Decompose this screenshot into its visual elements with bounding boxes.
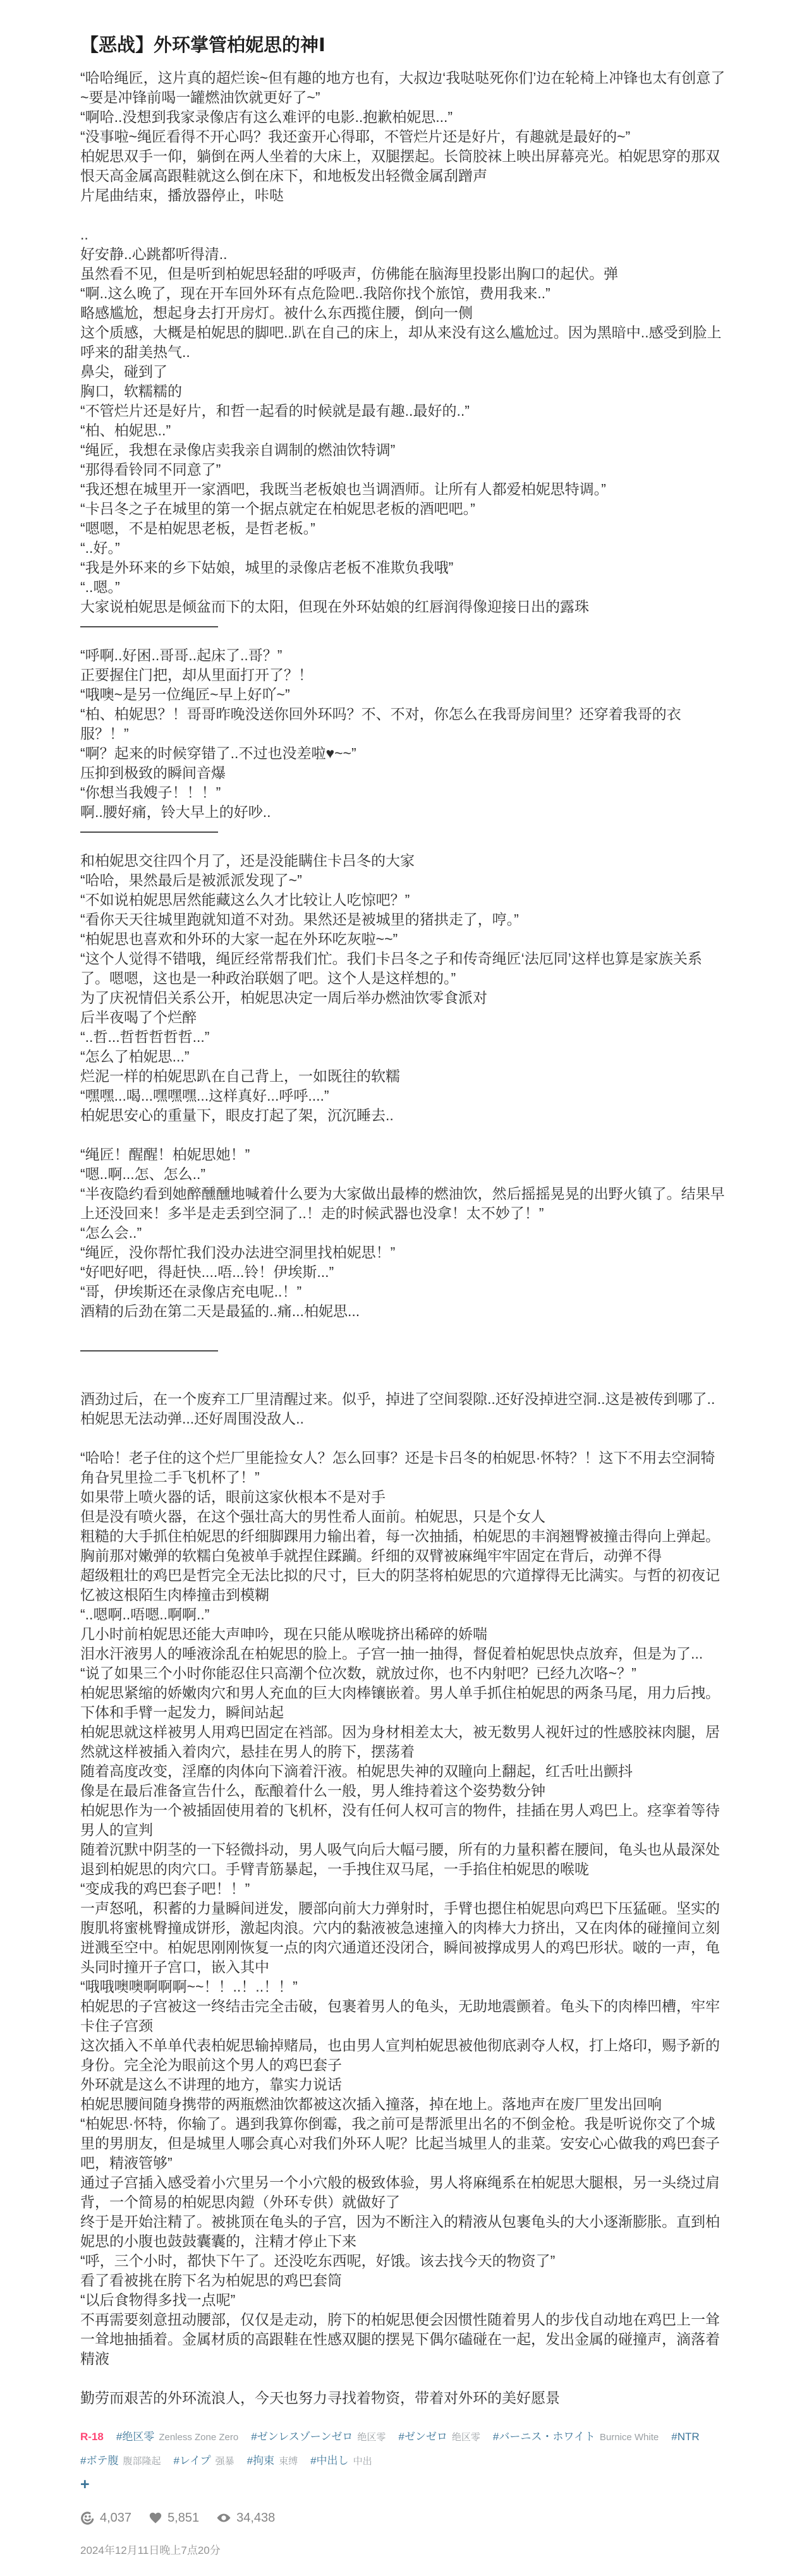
blank-line (80, 1321, 729, 1341)
story-paragraph: 通过子宫插入感受着小穴里另一个小穴般的极致体验，男人将麻绳系在柏妮思大腿根，另一… (80, 2173, 729, 2212)
like-count-stat[interactable]: 4,037 (80, 2511, 131, 2525)
story-paragraph: “没事啦~绳匠看得不开心吗？我还蛮开心得耶，不管烂片还是好片，有趣就是最好的~” (80, 127, 729, 147)
story-paragraph: 和柏妮思交往四个月了，还是没能瞒住卡吕冬的大家 (80, 851, 729, 871)
story-paragraph: 酒劲过后，在一个废弃工厂里清醒过来。似乎，掉进了空间裂隙..还好没掉进空洞..这… (80, 1389, 729, 1409)
story-paragraph: “..嗯。” (80, 577, 729, 597)
story-paragraph: 一声怒吼，积蓄的力量瞬间迸发，腰部向前大力弹射时，手臂也摁住柏妮思向鸡巴下压猛砸… (80, 1899, 729, 1977)
story-paragraph: 为了庆祝情侣关系公开，柏妮思决定一周后举办燃油饮零食派对 (80, 988, 729, 1008)
story-paragraph: 鼻尖，碰到了 (80, 362, 729, 382)
story-paragraph: .. (80, 225, 729, 245)
story-paragraph: 虽然看不见，但是听到柏妮思轻甜的呼吸声，仿佛能在脑海里投影出胸口的起伏。弹 (80, 264, 729, 284)
story-paragraph: 随着高度改变，淫靡的肉体向下滴着汗液。柏妮思失神的双瞳向上翻起，红舌吐出颤抖 (80, 1762, 729, 1781)
tag-translation: 绝区零 (357, 2432, 386, 2443)
story-paragraph: 片尾曲结束，播放器停止，咔哒 (80, 186, 729, 205)
story-paragraph: 泪水汗液男人的唾液涂乱在柏妮思的脸上。子宫一抽一抽得，督促着柏妮思快点放弃，但是… (80, 1644, 729, 1664)
story-paragraph: “绳匠！醒醒！柏妮思她！” (80, 1145, 729, 1164)
story-paragraph: “那得看铃同不同意了” (80, 460, 729, 480)
story-paragraph: “说了如果三个小时你能忍住只高潮个位次数，就放过你，也不内射吧？已经九次咯~？” (80, 1664, 729, 1683)
story-paragraph: “以后食物得多找一点呢” (80, 2290, 729, 2310)
story-paragraph: 柏妮思无法动弹...还好周围没敌人.. (80, 1409, 729, 1429)
story-paragraph: “啊哈..没想到我家录像店有这么难评的电影..抱歉柏妮思...” (80, 107, 729, 127)
story-paragraph: “卡吕冬之子在城里的第一个据点就定在柏妮思老板的酒吧吧。” (80, 499, 729, 519)
section-divider-line (80, 831, 218, 833)
story-paragraph: 柏妮思安心的重量下，眼皮打起了架，沉沉睡去.. (80, 1106, 729, 1125)
story-paragraph: “柏妮思·怀特，你输了。遇到我算你倒霉，我之前可是帮派里出名的不倒金枪。我是听说… (80, 2114, 729, 2173)
story-paragraph: “嘿嘿...喝...嘿嘿嘿...这样真好...呼呼....” (80, 1086, 729, 1106)
tag-name[interactable]: #ゼンレスゾーンゼロ (251, 2431, 353, 2443)
tag[interactable]: #ゼンレスゾーンゼロ绝区零 (251, 2426, 386, 2448)
section-divider (80, 1350, 729, 1370)
story-paragraph: 不再需要刻意扭动腰部，仅仅是走动，胯下的柏妮思便会因惯性随着男人的步伐自动地在鸡… (80, 2310, 729, 2369)
story-paragraph: 柏妮思的子宫被这一终结击完全击破，包裹着男人的龟头，无助地震颤着。龟头下的肉棒凹… (80, 1997, 729, 2036)
story-paragraph: 略感尴尬，想起身去打开房灯。被什么东西揽住腰，倒向一侧 (80, 303, 729, 323)
story-paragraph: “..哲...哲哲哲哲哲...” (80, 1027, 729, 1047)
story-paragraph: “绳匠，我想在录像店卖我亲自调制的燃油饮特调” (80, 440, 729, 460)
blank-line (80, 2369, 729, 2388)
story-paragraph: 柏妮思就这样被男人用鸡巴固定在裆部。因为身材相差太大，被无数男人视奸过的性感胶袜… (80, 1722, 729, 1762)
novel-page: 【恶战】外环掌管柏妮思的神Ⅰ “哈哈绳匠，这片真的超烂诶~但有趣的地方也有，大叔… (0, 32, 809, 2567)
story-paragraph: “啊..这么晚了，现在开车回外环有点危险吧..我陪你找个旅馆，费用我来..” (80, 284, 729, 303)
story-paragraph: “柏、柏妮思？！哥哥昨晚没送你回外环吗？不、不对，你怎么在我哥房间里？还穿着我哥… (80, 704, 729, 744)
story-paragraph: “哈哈绳匠，这片真的超烂诶~但有趣的地方也有，大叔边‘我哒哒死你们’边在轮椅上冲… (80, 68, 729, 107)
r18-rating-badge[interactable]: R-18 (80, 2426, 104, 2448)
tag[interactable]: #レイプ强暴 (173, 2450, 234, 2472)
story-paragraph: “哈哈，果然最后是被派派发现了~” (80, 871, 729, 890)
story-paragraph: “不如说柏妮思居然能藏这么久才比较让人吃惊吧？” (80, 890, 729, 910)
tag-translation: Burnice White (600, 2432, 659, 2443)
story-paragraph: 外环就是这么不讲理的地方，靠实力说话 (80, 2075, 729, 2095)
story-paragraph: “哈哈！老子住的这个烂厂里能捡女人？怎么回事？还是卡吕冬的柏妮思·怀特？！这下不… (80, 1448, 729, 1487)
story-paragraph: 这次插入不单单代表柏妮思输掉赌局，也由男人宣判柏妮思被他彻底剥夺人权，打上烙印，… (80, 2036, 729, 2075)
story-paragraph: 柏妮思腰间随身携带的两瓶燃油饮都被这次插入撞落，掉在地上。落地声在废厂里发出回响 (80, 2095, 729, 2114)
like-count: 4,037 (100, 2511, 131, 2525)
heart-bookmark-icon (149, 2511, 162, 2525)
story-paragraph: 但是没有喷火器，在这个强壮高大的男性希人面前。柏妮思，只是个女人 (80, 1507, 729, 1527)
story-paragraph: 大家说柏妮思是倾盆而下的太阳，但现在外环姑娘的红唇润得像迎接日出的露珠 (80, 597, 729, 617)
tag[interactable]: #绝区零Zenless Zone Zero (116, 2426, 238, 2448)
story-paragraph: “半夜隐约看到她醉醺醺地喊着什么要为大家做出最棒的燃油饮，然后摇摇晃晃的出野火镇… (80, 1184, 729, 1223)
tag-translation: Zenless Zone Zero (159, 2432, 238, 2443)
story-paragraph: “..好。” (80, 538, 729, 558)
bookmark-count-stat[interactable]: 5,851 (149, 2511, 199, 2525)
section-divider (80, 831, 729, 851)
tag[interactable]: #拘束束缚 (247, 2450, 298, 2472)
story-paragraph: “我还想在城里开一家酒吧，我既当老板娘也当调酒师。让所有人都爱柏妮思特调。” (80, 480, 729, 499)
story-paragraph: 正要握住门把，却从里面打开了？！ (80, 665, 729, 685)
story-paragraph: “嗯..啊...怎、怎么..” (80, 1164, 729, 1184)
story-paragraph: 像是在最后准备宣告什么，酝酿着什么一般，男人维持着这个姿势数分钟 (80, 1781, 729, 1801)
section-divider (80, 626, 729, 646)
story-paragraph: “看你天天往城里跑就知道不对劲。果然还是被城里的猪拱走了，哼。” (80, 910, 729, 929)
story-paragraph: 超级粗壮的鸡巴是哲完全无法比拟的尺寸，巨大的阴茎将柏妮思的穴道撑得无比满实。与哲… (80, 1566, 729, 1605)
story-paragraph: 柏妮思双手一仰，躺倒在两人坐着的大床上，双腿摆起。长筒胶袜上映出屏幕亮光。柏妮思… (80, 147, 729, 186)
section-divider-line (80, 1350, 218, 1351)
tag-name[interactable]: #ボテ腹 (80, 2455, 118, 2467)
story-paragraph: “绳匠，没你帮忙我们没办法进空洞里找柏妮思！” (80, 1243, 729, 1262)
story-paragraph: “啊？起来的时候穿错了..不过也没差啦♥~~” (80, 744, 729, 763)
story-paragraph: “不管烂片还是好片，和哲一起看的时候就是最有趣..最好的..” (80, 401, 729, 421)
tag[interactable]: #ボテ腹腹部隆起 (80, 2450, 161, 2472)
story-paragraph: “这个人觉得不错哦，绳匠经常帮我们忙。我们卡吕冬之子和传奇绳匠‘法厄同’这样也算… (80, 949, 729, 988)
story-paragraph: “哥，伊埃斯还在录像店充电呢..！” (80, 1282, 729, 1302)
story-paragraph: 柏妮思作为一个被插固使用着的飞机杯，没有任何人权可言的物件，挂插在男人鸡巴上。痉… (80, 1801, 729, 1840)
story-paragraph: “怎么会..” (80, 1223, 729, 1243)
story-paragraph: “哦哦噢噢啊啊啊~~！！..！..！！” (80, 1977, 729, 1997)
story-paragraph: 酒精的后劲在第二天是最猛的..痛...柏妮思... (80, 1302, 729, 1321)
story-paragraph: “你想当我嫂子！！！” (80, 783, 729, 802)
tag-translation: 中出 (353, 2456, 372, 2467)
tag-name[interactable]: #NTR (671, 2431, 699, 2443)
blank-line (80, 1125, 729, 1145)
add-tag-button[interactable]: + (80, 2475, 90, 2494)
story-paragraph: 粗糙的大手抓住柏妮思的纤细脚踝用力输出着，每一次抽插，柏妮思的丰润翘臀被撞击得向… (80, 1527, 729, 1566)
tag-name[interactable]: #拘束 (247, 2455, 274, 2467)
story-paragraph: 勤劳而艰苦的外环流浪人，今天也努力寻找着物资，带着对外环的美好愿景 (80, 2388, 729, 2408)
tag-name[interactable]: #中出し (310, 2455, 348, 2467)
stats-bar: 4,037 5,851 34,438 (80, 2510, 729, 2525)
story-paragraph: “怎么了柏妮思...” (80, 1047, 729, 1067)
story-paragraph: “柏妮思也喜欢和外环的大家一起在外环吃灰啦~~” (80, 929, 729, 949)
tag-name[interactable]: #ゼンゼロ (398, 2431, 447, 2443)
section-divider-line (80, 626, 218, 627)
story-paragraph: 如果带上喷火器的话，眼前这家伙根本不是对手 (80, 1487, 729, 1507)
story-paragraph: 好安静..心跳都听得清.. (80, 245, 729, 264)
view-count-stat: 34,438 (216, 2510, 275, 2525)
novel-title: 【恶战】外环掌管柏妮思的神Ⅰ (80, 32, 729, 59)
blank-line (80, 1370, 729, 1389)
story-paragraph: 看了看被挑在胯下名为柏妮思的鸡巴套筒 (80, 2271, 729, 2290)
story-paragraph: 终于是开始注精了。被挑顶在龟头的子宫，因为不断注入的精液从包裹龟头的大小逐渐膨胀… (80, 2212, 729, 2251)
view-count: 34,438 (236, 2511, 275, 2525)
story-paragraph: “柏、柏妮思..” (80, 421, 729, 440)
story-paragraph: 压抑到极致的瞬间音爆 (80, 763, 729, 783)
story-paragraph: 随着沉默中阴茎的一下轻微抖动，男人吸气向后大幅弓腰，所有的力量积蓄在腰间，龟头也… (80, 1840, 729, 1879)
tag[interactable]: #中出し中出 (310, 2450, 372, 2472)
story-paragraph: “好吧好吧，得赶快....唔...铃！伊埃斯...” (80, 1262, 729, 1282)
story-paragraph: “嗯嗯，不是柏妮思老板，是哲老板。” (80, 519, 729, 538)
tag[interactable]: #NTR (671, 2426, 699, 2448)
story-paragraph: “..嗯啊..唔嗯..啊啊..” (80, 1605, 729, 1624)
eye-views-icon (216, 2510, 231, 2525)
tag-name[interactable]: #レイプ (173, 2455, 210, 2467)
blank-line (80, 205, 729, 225)
story-paragraph: 几小时前柏妮思还能大声呻吟，现在只能从喉咙挤出稀碎的娇喘 (80, 1624, 729, 1644)
story-paragraph: 后半夜喝了个烂醉 (80, 1008, 729, 1027)
story-paragraph: 柏妮思紧缩的娇嫩肉穴和男人充血的巨大肉棒镶嵌着。男人单手抓住柏妮思的两条马尾，用… (80, 1683, 729, 1722)
tag-list: R-18 #绝区零Zenless Zone Zero#ゼンレスゾーンゼロ绝区零#… (80, 2426, 729, 2494)
novel-body-text: “哈哈绳匠，这片真的超烂诶~但有趣的地方也有，大叔边‘我哒哒死你们’边在轮椅上冲… (80, 68, 729, 2408)
story-paragraph: “我是外环来的乡下姑娘，城里的录像店老板不准欺负我哦” (80, 558, 729, 577)
tag-translation: 强暴 (216, 2456, 234, 2467)
story-paragraph: 胸口，软糯糯的 (80, 382, 729, 401)
tag[interactable]: #バーニス・ホワイトBurnice White (493, 2426, 659, 2448)
story-paragraph: 啊..腰好痛，铃大早上的好吵.. (80, 802, 729, 822)
story-paragraph: “呼，三个小时，都快下午了。还没吃东西呢，好饿。该去找今天的物资了” (80, 2251, 729, 2271)
tag-name[interactable]: #バーニス・ホワイト (493, 2431, 595, 2443)
blank-line (80, 1429, 729, 1448)
post-date: 2024年12月11日晚上7点20分 (80, 2541, 729, 2567)
tag[interactable]: #ゼンゼロ绝区零 (398, 2426, 480, 2448)
story-paragraph: “呼啊..好困..哥哥..起床了..哥？” (80, 646, 729, 665)
story-paragraph: 这个质感，大概是柏妮思的脚吧..趴在自己的床上，却从来没有这么尴尬过。因为黑暗中… (80, 323, 729, 362)
tag-translation: 绝区零 (452, 2432, 480, 2443)
smiley-like-icon (80, 2511, 95, 2525)
story-paragraph: 烂泥一样的柏妮思趴在自己背上，一如既往的软糯 (80, 1067, 729, 1086)
bookmark-count: 5,851 (167, 2511, 199, 2525)
story-paragraph: “变成我的鸡巴套子吧！！” (80, 1879, 729, 1899)
story-paragraph: “哦噢~是另一位绳匠~早上好吖~” (80, 685, 729, 704)
tag-translation: 束缚 (279, 2456, 298, 2467)
tag-name[interactable]: #绝区零 (116, 2431, 154, 2443)
tag-translation: 腹部隆起 (123, 2456, 161, 2467)
